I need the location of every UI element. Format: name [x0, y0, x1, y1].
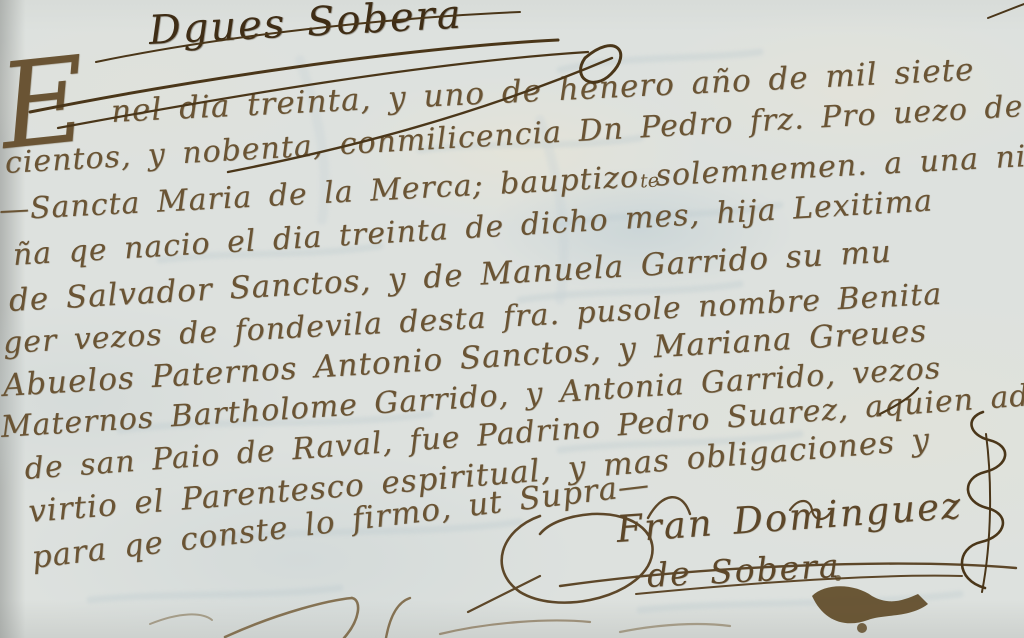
manuscript-page: Dgues Sobera E nel dia treinta, y uno de… [0, 0, 1024, 638]
superscript-correction: te [639, 170, 659, 193]
